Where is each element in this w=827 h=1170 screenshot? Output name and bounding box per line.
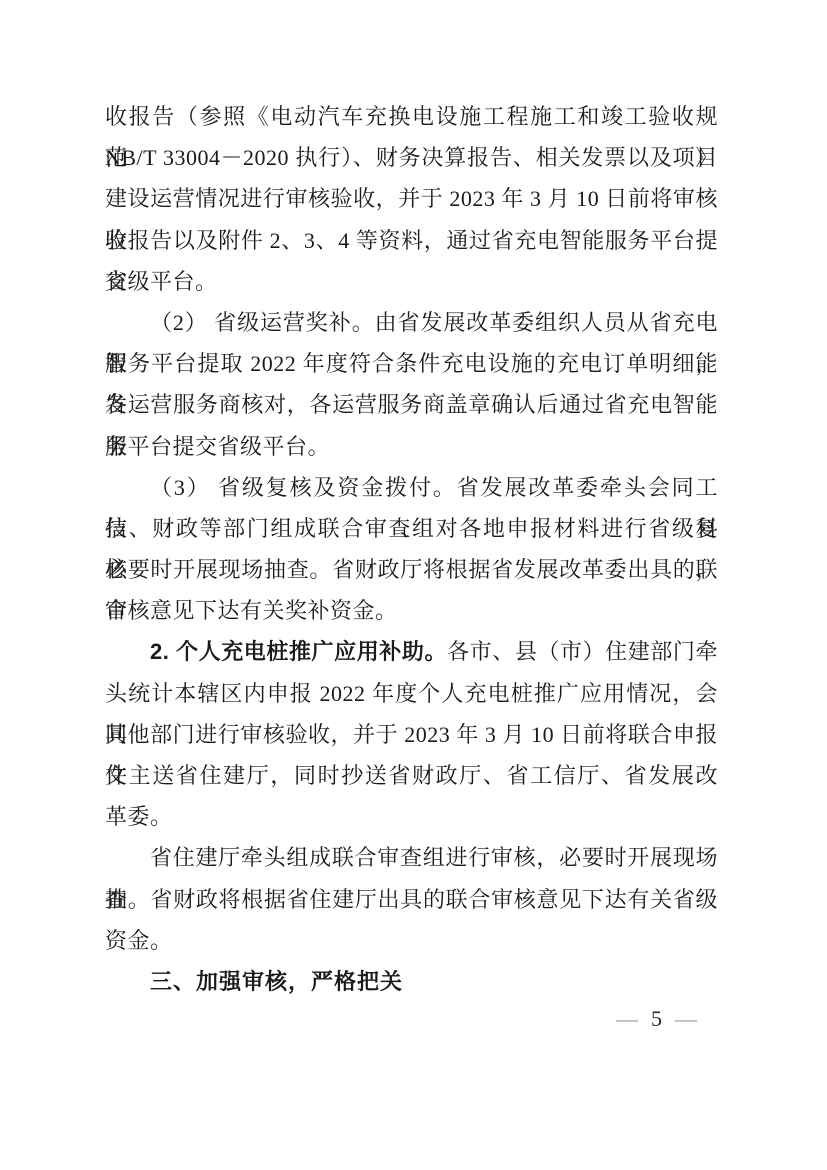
text-line: 查。省财政将根据省住建厅出具的联合审核意见下达有关省级	[105, 879, 718, 920]
text-line: 收报告（参照《电动汽车充换电设施工程施工和竣工验收规范》	[105, 96, 718, 137]
text-segment: 革委。	[105, 804, 173, 829]
text-line: 省级平台。	[105, 261, 718, 302]
text-segment: 务平台提交省级平台。	[105, 434, 330, 459]
text-line: （3） 省级复核及资金拨付。省发展改革委牵头会同工信、科	[105, 467, 718, 508]
text-segment: 省级平台。	[105, 269, 218, 294]
text-line: 省住建厅牵头组成联合审查组进行审核，必要时开展现场抽	[105, 837, 718, 878]
bold-text-segment: 三、加强审核，严格把关	[150, 969, 403, 994]
section-heading: 三、加强审核，严格把关	[105, 961, 718, 1002]
text-segment: 查。省财政将根据省住建厅出具的联合审核意见下达有关省级	[105, 887, 718, 912]
text-line: 收报告以及附件 2、3、4 等资料，通过省充电智能服务平台提交	[105, 220, 718, 261]
text-line: 审核意见下达有关奖补资金。	[105, 590, 718, 631]
text-line: 建设运营情况进行审核验收，并于 2023 年 3 月 10 日前将审核验	[105, 178, 718, 219]
text-line: 务平台提交省级平台。	[105, 426, 718, 467]
page-number: 5	[651, 1004, 662, 1034]
footer-dash-right: —	[675, 1004, 697, 1034]
text-line: 件主送省住建厅，同时抄送省财政厅、省工信厅、省发展改	[105, 755, 718, 796]
bold-text-segment: 2. 个人充电桩推广应用补助。	[150, 639, 447, 664]
text-segment: NB/T 33004－2020 执行）、财务决算报告、相关发票以及项目	[105, 145, 718, 170]
footer-dash-left: —	[616, 1004, 638, 1034]
text-line: 服务平台提取 2022 年度符合条件充电设施的充电订单明细，发	[105, 343, 718, 384]
text-segment: 审核意见下达有关奖补资金。	[105, 598, 398, 623]
text-line: 技、财政等部门组成联合审查组对各地申报材料进行省级复核，	[105, 508, 718, 549]
document-page: 收报告（参照《电动汽车充换电设施工程施工和竣工验收规范》NB/T 33004－2…	[0, 0, 827, 1170]
text-segment: 资金。	[105, 928, 173, 953]
text-line: 2. 个人充电桩推广应用补助。各市、县（市）住建部门牵	[105, 631, 718, 672]
page-footer: — 5 —	[616, 1004, 697, 1034]
text-line: 资金。	[105, 920, 718, 961]
text-line: 革委。	[105, 796, 718, 837]
text-line: 头统计本辖区内申报 2022 年度个人充电桩推广应用情况，会同	[105, 673, 718, 714]
text-line: 必要时开展现场抽查。省财政厅将根据省发展改革委出具的联合	[105, 549, 718, 590]
text-line: 其他部门进行审核验收，并于 2023 年 3 月 10 日前将联合申报文	[105, 714, 718, 755]
text-segment: 件主送省住建厅，同时抄送省财政厅、省工信厅、省发展改	[105, 763, 718, 788]
text-line: （2） 省级运营奖补。由省发展改革委组织人员从省充电智能	[105, 302, 718, 343]
document-body: 收报告（参照《电动汽车充换电设施工程施工和竣工验收规范》NB/T 33004－2…	[105, 96, 718, 1002]
text-segment: 各市、县（市）住建部门牵	[447, 639, 718, 664]
text-line: 各运营服务商核对，各运营服务商盖章确认后通过省充电智能服	[105, 384, 718, 425]
text-line: NB/T 33004－2020 执行）、财务决算报告、相关发票以及项目	[105, 137, 718, 178]
